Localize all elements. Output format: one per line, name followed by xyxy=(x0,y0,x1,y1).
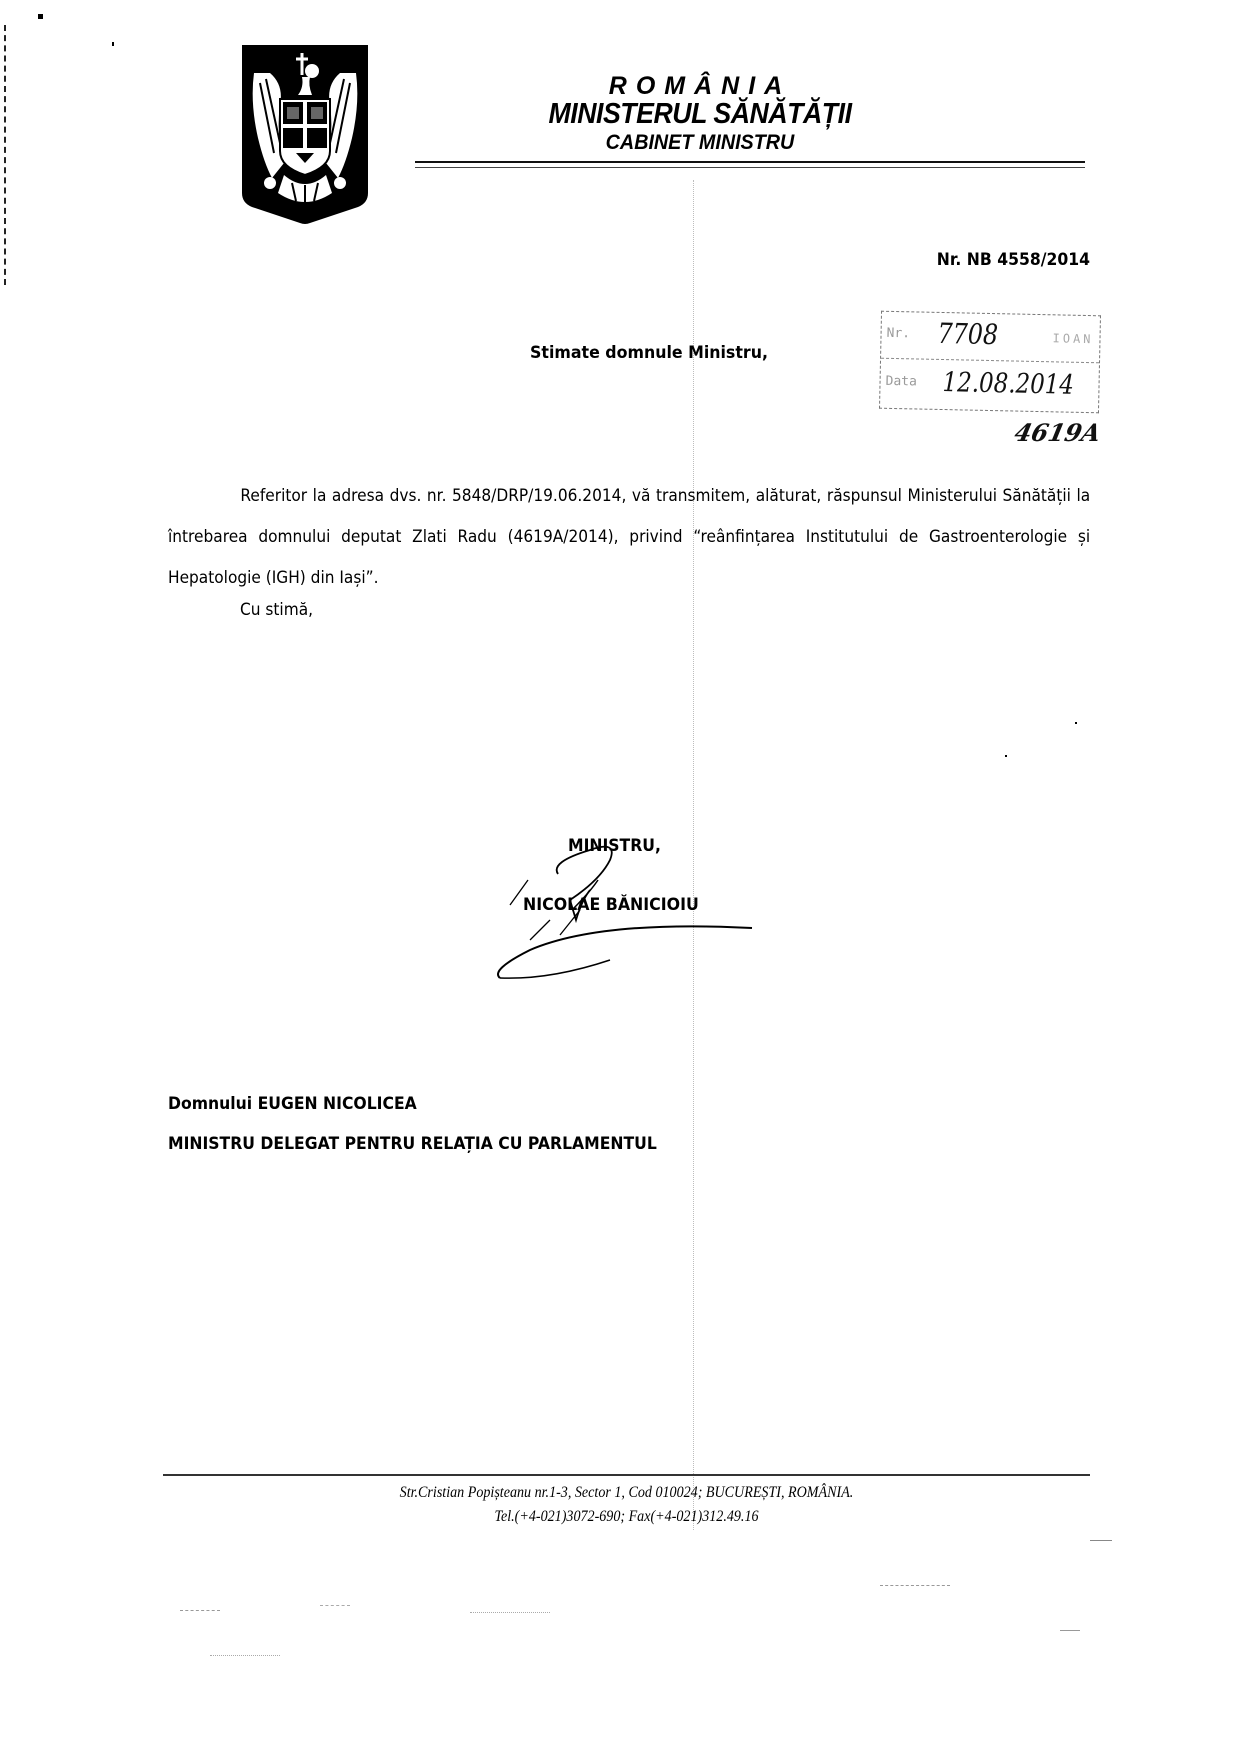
addressee-title: MINISTRU DELEGAT PENTRU RELAȚIA CU PARLA… xyxy=(168,1134,657,1154)
header-department: CABINET MINISTRU xyxy=(550,131,851,155)
scan-noise xyxy=(880,1585,950,1586)
signatory-name: NICOLAE BĂNICIOIU xyxy=(523,895,699,915)
stamp-label-date: Data xyxy=(885,374,917,390)
scan-noise xyxy=(470,1612,550,1613)
header-divider-secondary xyxy=(415,167,1085,168)
registration-stamp: Nr. 7708 IOAN Data 12.08.2014 xyxy=(879,311,1101,414)
scan-noise xyxy=(180,1610,220,1611)
stamp-suffix: IOAN xyxy=(1052,331,1093,346)
footer-divider xyxy=(163,1474,1090,1476)
stamp-registration-date: 12.08.2014 xyxy=(942,367,1074,401)
footer-address: Str.Cristian Popișteanu nr.1-3, Sector 1… xyxy=(219,1484,1035,1502)
scan-noise xyxy=(1060,1630,1080,1631)
scan-speck xyxy=(1005,755,1007,757)
scan-edge-artifact xyxy=(4,25,6,285)
reference-number: Nr. NB 4558/2014 xyxy=(911,250,1090,270)
addressee-name: Domnului EUGEN NICOLICEA xyxy=(168,1094,417,1114)
scan-noise xyxy=(210,1655,280,1656)
letter-closing: Cu stimă, xyxy=(240,600,313,620)
scan-noise xyxy=(320,1605,350,1606)
stamp-label-number: Nr. xyxy=(886,326,910,341)
handwritten-note: 4619A xyxy=(1012,418,1104,447)
salutation: Stimate domnule Ministru, xyxy=(530,343,768,363)
header-divider xyxy=(415,161,1085,163)
letter-body: Referitor la adresa dvs. nr. 5848/DRP/19… xyxy=(168,476,1090,599)
scan-speck xyxy=(112,42,114,46)
scan-noise xyxy=(1090,1540,1112,1541)
stamp-row-date: Data 12.08.2014 xyxy=(880,360,1099,411)
signatory-title: MINISTRU, xyxy=(568,836,661,856)
footer-contact: Tel.(+4-021)3072-690; Fax(+4-021)312.49.… xyxy=(219,1508,1035,1526)
scan-speck xyxy=(1075,722,1077,724)
header-country: ROMÂNIA xyxy=(540,72,860,101)
header-ministry: MINISTERUL SĂNĂTĂȚII xyxy=(534,98,865,131)
romanian-coat-of-arms-icon xyxy=(240,43,370,225)
stamp-registration-number: 7708 xyxy=(937,317,998,351)
letter-body-text: Referitor la adresa dvs. nr. 5848/DRP/19… xyxy=(168,486,1090,588)
scan-speck xyxy=(38,14,43,19)
stamp-row-number: Nr. 7708 IOAN xyxy=(881,312,1100,364)
